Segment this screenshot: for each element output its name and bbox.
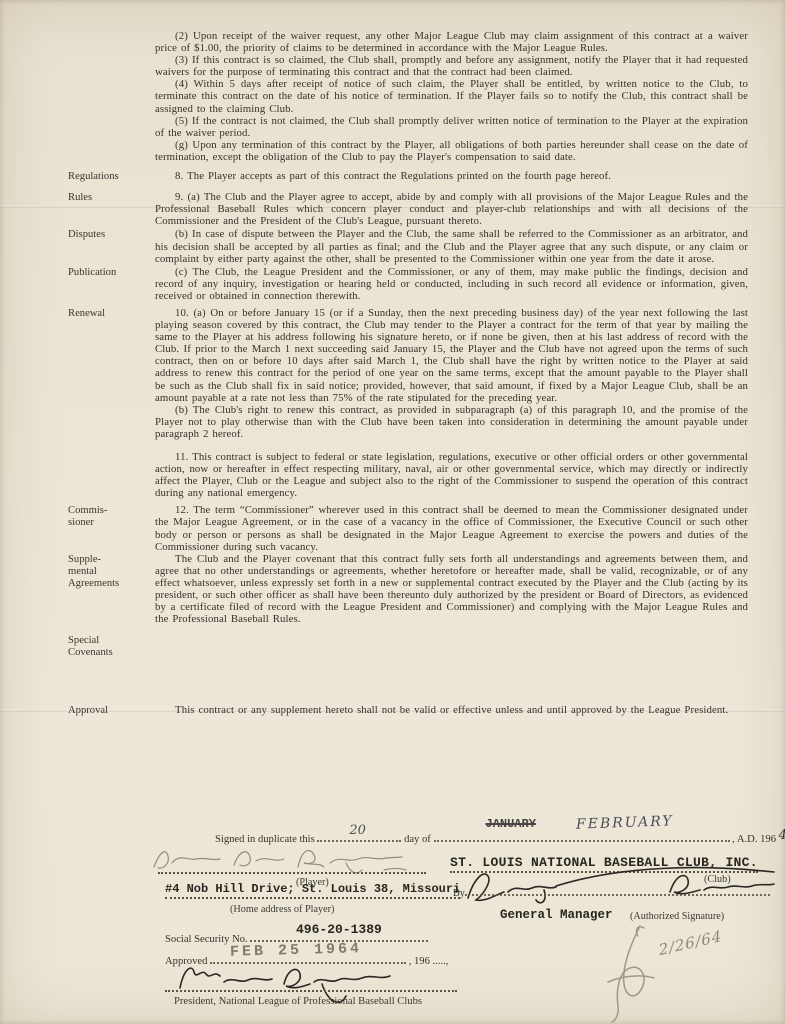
margin-label-rules: Rules	[68, 191, 155, 204]
contract-page: (2) Upon receipt of the waiver request, …	[0, 0, 785, 1024]
month-blank: JANUARY FEBRUARY	[434, 830, 730, 842]
typed-month-struck: JANUARY	[486, 817, 536, 831]
section-11: 11. This contract is subject to federal …	[68, 451, 750, 499]
president-signature-line	[165, 990, 457, 992]
margin-label-commissioner: Commis- sioner	[68, 504, 155, 529]
paragraph-waiver-3: (3) If this contract is so claimed, the …	[155, 54, 748, 78]
paragraph-9a: 9. (a) The Club and the Player agree to …	[155, 191, 748, 227]
section-waivers: (2) Upon receipt of the waiver request, …	[68, 30, 750, 163]
paragraph-approval: This contract or any supplement hereto s…	[155, 704, 748, 716]
margin-label-renewal: Renewal	[68, 307, 155, 320]
handwritten-month: FEBRUARY	[575, 813, 673, 832]
address-caption: (Home address of Player)	[230, 904, 334, 915]
margin-label	[68, 30, 155, 31]
section-renewal: Renewal 10. (a) On or before January 15 …	[68, 307, 750, 440]
margin-label-disputes: Disputes	[68, 228, 155, 241]
margin-label-publication: Publication	[68, 266, 155, 279]
president-caption: President, National League of Profession…	[174, 996, 422, 1007]
handwritten-year: 4	[779, 828, 785, 843]
section-rules: Rules 9. (a) The Club and the Player agr…	[68, 191, 750, 227]
section-special-covenants: Special Covenants	[68, 634, 750, 704]
paragraph-waiver-4: (4) Within 5 days after receipt of notic…	[155, 78, 748, 114]
paragraph-9c: (c) The Club, the League President and t…	[155, 266, 748, 302]
section-commissioner: Commis- sioner 12. The term “Commissione…	[68, 504, 750, 552]
paragraph-11: 11. This contract is subject to federal …	[155, 451, 748, 499]
section-approval: Approval This contract or any supplement…	[68, 704, 750, 717]
margin-label-supplemental: Supple- mental Agreements	[68, 553, 155, 590]
paragraph-12: 12. The term “Commissioner” wherever use…	[155, 504, 748, 552]
paragraph-waiver-2: (2) Upon receipt of the waiver request, …	[155, 30, 748, 54]
by-label: By	[453, 888, 465, 899]
by-line: By	[453, 884, 770, 899]
paragraph-waiver-5: (5) If the contract is not claimed, the …	[155, 115, 748, 139]
paragraph-9b: (b) In case of dispute between the Playe…	[155, 228, 748, 264]
section-publication: Publication (c) The Club, the League Pre…	[68, 266, 750, 302]
margin-label-special-covenants: Special Covenants	[68, 634, 155, 659]
general-manager-signature	[460, 858, 780, 908]
section-supplemental: Supple- mental Agreements The Club and t…	[68, 553, 750, 626]
paragraph-8: 8. The Player accepts as part of this co…	[155, 170, 748, 182]
paragraph-supplemental: The Club and the Player covenant that th…	[155, 553, 748, 626]
ad-label: , A.D. 196	[732, 834, 776, 845]
execution-block: Signed in duplicate this 20 day of JANUA…	[68, 824, 768, 1024]
margin-label	[68, 451, 155, 452]
margin-label-approval: Approval	[68, 704, 155, 717]
handwritten-day: 20	[349, 823, 366, 838]
contract-body: (2) Upon receipt of the waiver request, …	[68, 30, 750, 717]
section-disputes: Disputes (b) In case of dispute between …	[68, 228, 750, 264]
pencil-initials	[588, 920, 668, 1024]
paragraph-waiver-g: (g) Upon any termination of this contrac…	[155, 139, 748, 163]
margin-label-regulations: Regulations	[68, 170, 155, 183]
player-signature-line	[158, 872, 426, 874]
paragraph-10b: (b) The Club's right to renew this contr…	[155, 404, 748, 440]
section-regulations: Regulations 8. The Player accepts as par…	[68, 170, 750, 183]
player-address: #4 Nob Hill Drive; St. Louis 38, Missour…	[165, 882, 460, 899]
paragraph-10a: 10. (a) On or before January 15 (or if a…	[155, 307, 748, 404]
ssn-value: 496-20-1389	[296, 922, 382, 937]
